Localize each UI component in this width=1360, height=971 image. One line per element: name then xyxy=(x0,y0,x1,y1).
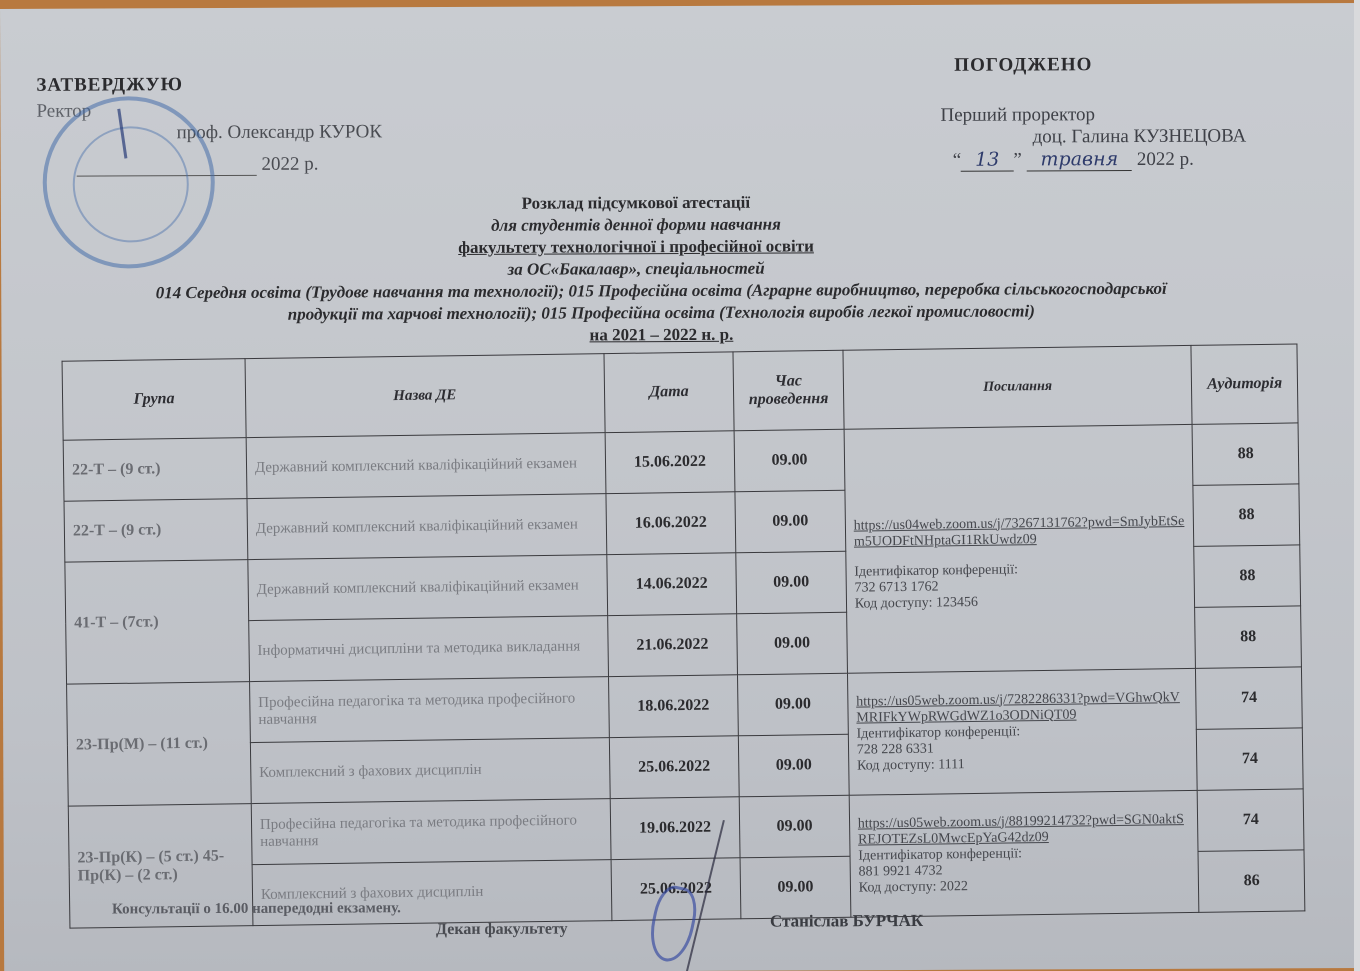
header-name: Назва ДЕ xyxy=(245,354,605,438)
consultation-note: Консультації о 16.00 напередодні екзамен… xyxy=(112,900,401,918)
cell-time: 09.00 xyxy=(736,551,846,614)
header-group: Група xyxy=(62,359,246,441)
document-page: ЗАТВЕРДЖУЮ Ректор проф. Олександр КУРОК … xyxy=(0,3,1360,971)
header-room: Аудиторія xyxy=(1191,344,1298,424)
agreement-date-day: 13 xyxy=(961,149,1013,172)
header-date: Дата xyxy=(604,352,735,433)
cell-date: 25.06.2022 xyxy=(609,736,739,799)
cell-name: Професійна педагогіка та методика профес… xyxy=(249,677,609,743)
cell-name: Державний комплексний кваліфікаційний ек… xyxy=(247,494,607,560)
agreement-title: ПОГОДЖЕНО xyxy=(954,54,1246,77)
approval-title: ЗАТВЕРДЖУЮ xyxy=(36,74,183,97)
cell-room: 88 xyxy=(1194,545,1300,607)
cell-name: Комплексний з фахових дисциплін xyxy=(250,738,610,804)
zoom-link[interactable]: https://us05web.zoom.us/j/88199214732?pw… xyxy=(858,811,1190,848)
rector-signature-icon xyxy=(117,100,187,159)
cell-group: 41-Т – (7ст.) xyxy=(65,560,250,685)
cell-date: 16.06.2022 xyxy=(606,492,736,555)
cell-room: 86 xyxy=(1198,850,1304,912)
cell-group: 22-Т – (9 ст.) xyxy=(63,438,247,502)
approval-date-year: 2022 р. xyxy=(261,154,318,175)
exam-schedule-table: Група Назва ДЕ Дата Час проведення Посил… xyxy=(62,343,1306,928)
cell-name: Державний комплексний кваліфікаційний ек… xyxy=(246,433,606,499)
cell-date: 15.06.2022 xyxy=(605,431,735,494)
cell-date: 14.06.2022 xyxy=(606,553,736,616)
cell-group: 22-Т – (9 ст.) xyxy=(64,499,248,563)
agreement-date-year: 2022 р. xyxy=(1137,149,1194,170)
cell-link: https://us04web.zoom.us/j/73267131762?pw… xyxy=(844,424,1196,673)
header-link: Посилання xyxy=(843,345,1193,429)
cell-group: 23-Пр(М) – (11 ст.) xyxy=(67,682,252,807)
cell-time: 09.00 xyxy=(735,490,845,553)
cell-time: 09.00 xyxy=(734,429,844,492)
cell-time: 09.00 xyxy=(738,673,848,736)
cell-room: 88 xyxy=(1192,423,1298,485)
agreement-date: “13” травня 2022 р. xyxy=(953,148,1247,172)
cell-date: 18.06.2022 xyxy=(608,675,738,738)
cell-room: 74 xyxy=(1197,728,1303,790)
paper-edge xyxy=(1354,0,1360,971)
header-time: Час проведення xyxy=(733,350,844,431)
dean-role: Декан факультету xyxy=(436,920,568,939)
cell-room: 88 xyxy=(1193,484,1299,546)
cell-room: 74 xyxy=(1196,667,1302,729)
cell-time: 09.00 xyxy=(737,612,847,675)
cell-time: 09.00 xyxy=(740,856,850,919)
agreement-role: Перший проректор xyxy=(940,104,1246,127)
agreement-date-month: травня xyxy=(1026,148,1132,171)
dean-name: Станіслав БУРЧАК xyxy=(770,911,923,932)
cell-name: Професійна педагогіка та методика профес… xyxy=(251,799,611,865)
zoom-link[interactable]: https://us04web.zoom.us/j/73267131762?pw… xyxy=(854,514,1186,551)
cell-link: https://us05web.zoom.us/j/88199214732?pw… xyxy=(849,790,1199,917)
agreement-name: доц. Галина КУЗНЕЦОВА xyxy=(1033,126,1247,149)
agreement-block: ПОГОДЖЕНО Перший проректор доц. Галина К… xyxy=(940,54,1246,172)
cell-time: 09.00 xyxy=(739,734,849,797)
zoom-link[interactable]: https://us05web.zoom.us/j/7282286331?pwd… xyxy=(856,690,1188,727)
cell-room: 88 xyxy=(1195,606,1301,668)
document-heading: Розклад підсумкової атестації для студен… xyxy=(1,189,1360,349)
cell-link: https://us05web.zoom.us/j/7282286331?pwd… xyxy=(847,668,1197,795)
cell-room: 74 xyxy=(1198,789,1304,851)
cell-date: 21.06.2022 xyxy=(607,614,737,677)
cell-name: Інформатичні дисципліни та методика викл… xyxy=(249,616,609,682)
cell-name: Державний комплексний кваліфікаційний ек… xyxy=(248,555,608,621)
approval-name: проф. Олександр КУРОК xyxy=(177,121,383,144)
cell-time: 09.00 xyxy=(739,795,849,858)
